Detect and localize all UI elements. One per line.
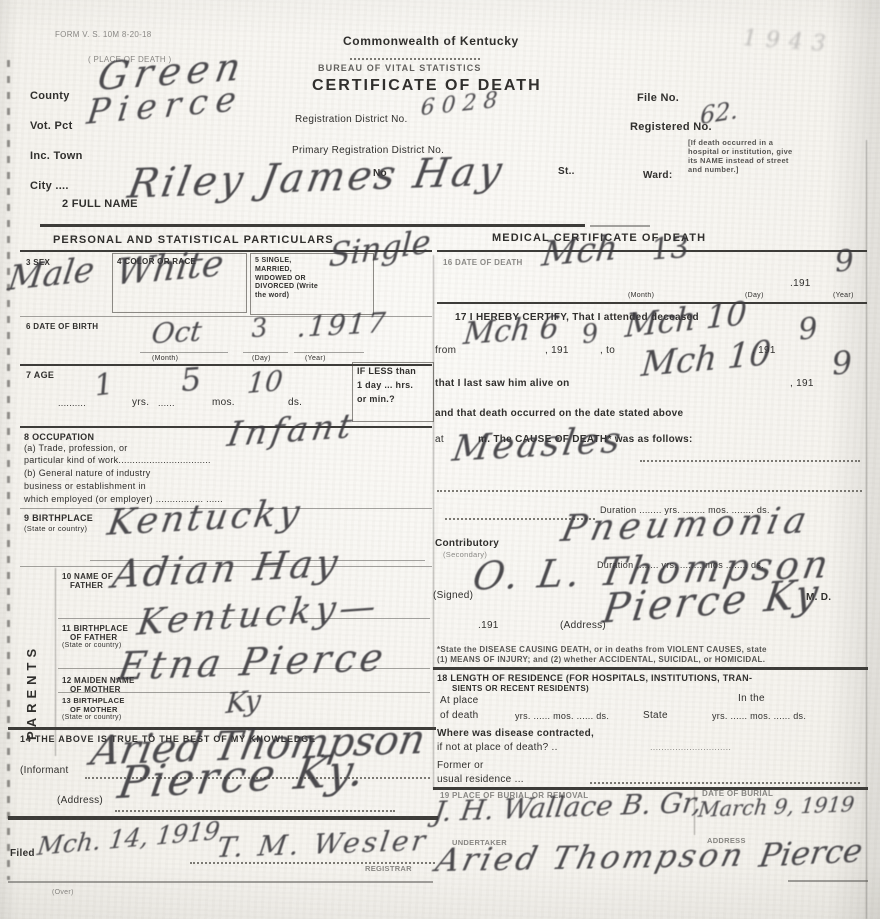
- if-less-line-1: IF LESS than: [357, 366, 416, 376]
- cause-footnote-1: *State the DISEASE CAUSING DEATH, or in …: [437, 645, 767, 654]
- contributory-label: Contributory: [435, 538, 499, 549]
- age-ds-label: ds.: [288, 397, 302, 408]
- father-birthplace-label-2: OF FATHER: [70, 633, 117, 642]
- attended-from-label: from: [435, 345, 456, 356]
- birthplace-value: Kentucky: [105, 495, 305, 542]
- occupation-a-line-1: (a) Trade, profession, or: [24, 443, 128, 453]
- state-label: State: [643, 710, 668, 721]
- informant-address-value: Pierce Ky.: [115, 749, 370, 806]
- informant-address-label: (Address): [57, 795, 103, 806]
- dod-sub-year: (Year): [833, 292, 854, 299]
- cause-dotted-line-1: [640, 460, 860, 462]
- attended-to-label: , to: [600, 345, 615, 356]
- full-name-value: Riley James Hay: [125, 152, 508, 205]
- death-day-value: 13: [650, 233, 690, 266]
- marital-label: 5 SINGLE, MARRIED, WIDOWED OR DIVORCED (…: [255, 257, 327, 301]
- father-name-value: Adian Hay: [110, 544, 343, 594]
- filed-date-value: Mch. 14, 1919: [36, 818, 221, 859]
- age-days-value: 10: [246, 367, 284, 398]
- cause-footnote-2: (1) MEANS OF INJURY; and (2) whether ACC…: [437, 655, 765, 664]
- contributory-value: Pneumonia: [558, 503, 814, 548]
- age-dots-1: ..........: [58, 398, 86, 408]
- mother-name-value: Etna Pierce: [115, 638, 390, 686]
- st-label: St..: [558, 166, 575, 177]
- from-year-print: , 191: [545, 345, 569, 356]
- last-alive-value: Mch 10: [640, 336, 772, 382]
- dob-label: 6 DATE OF BIRTH: [26, 322, 98, 331]
- dob-sub-month: (Month): [152, 355, 178, 362]
- city-label: City ....: [30, 180, 69, 192]
- occupation-value: Infant: [225, 409, 359, 452]
- inc-town-label: Inc. Town: [30, 150, 83, 162]
- dob-year-line: [294, 352, 364, 353]
- ward-label: Ward:: [643, 170, 672, 181]
- age-years-value: 1: [93, 370, 115, 402]
- father-name-label-1: 10 NAME OF: [62, 572, 113, 581]
- file-no-label: File No.: [637, 92, 679, 104]
- registrar-signature: T. M. Wesler: [215, 826, 430, 862]
- occupation-b-line-1: (b) General nature of industry: [24, 468, 151, 478]
- residence-dots-2: yrs. ...... mos. ...... ds.: [712, 711, 806, 721]
- dob-day-value: 3: [250, 315, 268, 342]
- birthplace-sub-label: (State or country): [24, 524, 87, 533]
- death-certificate-page: FORM V. S. 10M 8-20-18 ( PLACE OF DEATH …: [0, 0, 880, 919]
- to-year-value: 9: [797, 314, 819, 346]
- in-the-label: In the: [738, 693, 765, 704]
- signed-date-print: .191: [478, 620, 499, 631]
- dob-day-line: [243, 352, 288, 353]
- commonwealth-title: Commonwealth of Kentucky: [343, 34, 519, 48]
- contracted-dots: .............................: [650, 742, 731, 752]
- form-number-note: FORM V. S. 10M 8-20-18: [55, 30, 152, 39]
- certificate-title: CERTIFICATE OF DEATH: [312, 77, 542, 95]
- residence-section-rule: [433, 667, 868, 670]
- hospital-note: [If death occurred in a hospital or inst…: [688, 138, 800, 174]
- at-place-label-1: At place: [440, 695, 479, 706]
- full-name-rule-ext: [590, 225, 650, 227]
- former-dotted-line: [590, 782, 860, 784]
- header-dotted-rule: [350, 58, 480, 60]
- alive-year-value: 9: [831, 347, 854, 380]
- undertaker-address-value: Pierce: [757, 834, 865, 872]
- at-label: at: [435, 434, 444, 445]
- father-name-label-2: FATHER: [70, 581, 103, 590]
- personal-section-title: PERSONAL AND STATISTICAL PARTICULARS: [53, 234, 334, 246]
- burial-place-value: J. H. Wallace B. Gr,: [432, 788, 704, 826]
- footer-mark: (Over): [52, 889, 74, 896]
- mother-birthplace-label-3: (State or country): [62, 714, 121, 721]
- birthplace-label: 9 BIRTHPLACE: [24, 513, 93, 523]
- mother-birthplace-value: Ky: [225, 686, 262, 718]
- pencil-corner-mark: 1943: [742, 28, 835, 56]
- from-year-value: 9: [581, 321, 600, 348]
- dod-sub-month: (Month): [628, 292, 654, 299]
- informant-label: (Informant: [20, 765, 69, 776]
- age-label: 7 AGE: [26, 370, 54, 380]
- left-bottom-rule: [8, 881, 433, 883]
- death-year-value: 9: [834, 247, 855, 278]
- age-dots-2: ......: [158, 398, 175, 408]
- county-label: County: [30, 90, 70, 102]
- dob-month-value: Oct: [150, 317, 203, 348]
- if-less-line-2: 1 day ... hrs.: [357, 380, 413, 390]
- marital-value: Single: [328, 225, 432, 272]
- father-birthplace-value: Kentucky—: [135, 589, 382, 642]
- occupation-a-line-2: particular kind of work.................…: [24, 455, 211, 465]
- date-of-death-label: 16 DATE OF DEATH: [443, 258, 523, 267]
- address-dotted-line: [115, 810, 395, 812]
- dob-sub-year: (Year): [305, 355, 326, 362]
- undertaker-address-underline: [788, 880, 868, 882]
- registrar-label: REGISTRAR: [365, 864, 412, 873]
- bureau-label: BUREAU OF VITAL STATISTICS: [318, 63, 481, 73]
- scan-edge-artifact: [7, 60, 10, 880]
- parents-label: PARENTS: [24, 585, 39, 740]
- death-occurred-statement: and that death occurred on the date stat…: [435, 408, 683, 419]
- father-birthplace-label-1: 11 BIRTHPLACE: [62, 624, 128, 633]
- former-label-2: usual residence ...: [437, 774, 524, 785]
- undertaker-value: Aried Thompson: [433, 838, 749, 876]
- at-place-label-2: of death: [440, 710, 479, 721]
- if-less-line-3: or min.?: [357, 394, 395, 404]
- age-mos-label: mos.: [212, 397, 235, 408]
- father-birthplace-label-3: (State or country): [62, 642, 121, 649]
- contracted-label-1: Where was disease contracted,: [437, 728, 594, 739]
- right-page-edge: [866, 140, 867, 919]
- registration-district-label: Registration District No.: [295, 114, 408, 125]
- age-months-value: 5: [180, 363, 203, 396]
- full-name-rule: [40, 224, 585, 227]
- signed-label: (Signed): [433, 590, 473, 601]
- occupation-label: 8 OCCUPATION: [24, 432, 94, 442]
- last-saw-statement: that I last saw him alive on: [435, 378, 570, 389]
- residence-label-2: SIENTS OR RECENT RESIDENTS): [452, 684, 589, 693]
- cause-dotted-line-2: [437, 490, 862, 492]
- race-value: White: [114, 246, 226, 292]
- mother-birthplace-label-2: OF MOTHER: [70, 705, 118, 714]
- occupation-b-line-2: business or establishment in: [24, 481, 146, 491]
- residence-label-1: 18 LENGTH OF RESIDENCE (FOR HOSPITALS, I…: [437, 673, 752, 683]
- registered-no-value: 62.: [700, 98, 738, 128]
- mother-birthplace-label-1: 13 BIRTHPLACE: [62, 696, 125, 705]
- former-label-1: Former or: [437, 760, 484, 771]
- age-row-bottom-rule: [20, 426, 432, 428]
- filed-label: Filed: [10, 848, 35, 859]
- dob-month-line: [140, 352, 228, 353]
- dob-sub-day: (Day): [252, 355, 271, 362]
- contracted-label-2: if not at place of death? ..: [437, 742, 558, 753]
- residence-dots-1: yrs. ...... mos. ...... ds.: [515, 711, 609, 721]
- registration-district-value: 6028: [420, 89, 505, 120]
- filed-section-rule: [8, 816, 438, 820]
- death-year-print: .191: [790, 278, 811, 289]
- age-yrs-label: yrs.: [132, 397, 149, 408]
- sex-value: Male: [6, 252, 96, 296]
- death-month-value: Mch: [540, 231, 620, 272]
- alive-year-print: , 191: [790, 378, 814, 389]
- vol-pct-label: Vot. Pct: [30, 120, 73, 132]
- column-divider: [433, 255, 434, 790]
- cause-of-death-value: Measles: [450, 423, 626, 468]
- dob-year-value: .1917: [296, 309, 389, 342]
- burial-date-value: March 9, 1919: [697, 794, 855, 821]
